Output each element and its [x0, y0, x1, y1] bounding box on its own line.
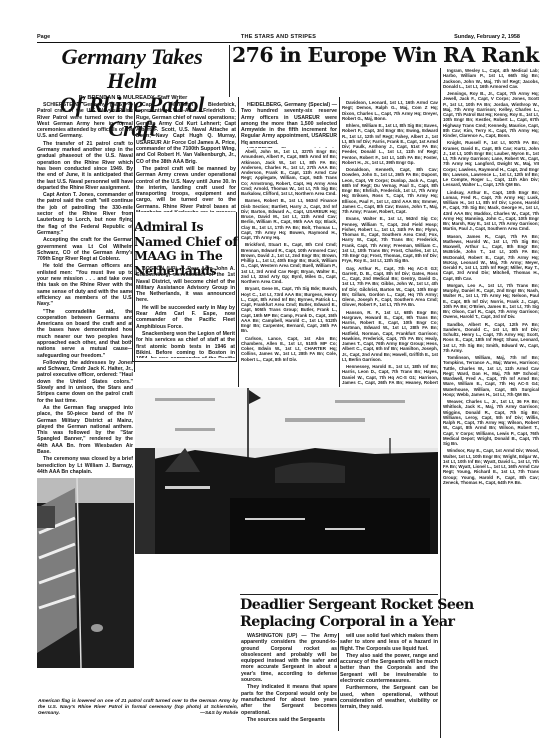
officer-list-entry: Brickford, Stuart E., Capt, 8th Cml Cmd;…	[241, 242, 337, 284]
rocket-headline: Deadlier Sergeant Rocket Seen Replacing …	[240, 597, 440, 630]
photo-credit: —S&S by Rohde	[200, 711, 238, 717]
ra-headline: 276 in Europe Win RA Rank	[232, 43, 522, 67]
article-paragraph: Accepting the craft for the German gover…	[37, 237, 133, 262]
officer-list-entry: Hennessey, Harold E., 1st Lt, 18th Inf B…	[342, 364, 438, 385]
article-paragraph: They also said the power, range and accu…	[340, 653, 438, 684]
officer-list-entry: Davidson, Leonard, 1st Lt, 16th Armd Cav…	[342, 100, 438, 121]
folio-bar: Page THE STARS AND STRIPES Sunday, Febru…	[37, 33, 520, 43]
rocket-headline-line1: Deadlier Sergeant Rocket Seen	[240, 597, 440, 614]
section-rule	[240, 594, 438, 595]
article-paragraph: They indicated it means that spare parts…	[241, 684, 337, 715]
patrol-story-column-1: SCHIERSTEIN, Germany (S&S) — Patrol craf…	[37, 102, 133, 474]
article-paragraph: He told the German officers and enlisted…	[37, 263, 133, 307]
article-paragraph: The transfer of 21 patrol craft to Germa…	[37, 141, 133, 191]
article-paragraph: The ceremony was closed by a brief bened…	[37, 456, 133, 474]
officer-list-entry: Barnes, Robert B., 1st Lt, 563rd Finance…	[241, 198, 337, 240]
patrol-story-column-2: Capt Bernhardt Biederbick, representing …	[136, 102, 236, 212]
ra-officer-list-column-3: Ingram, Wesley L., Capt, 4th Medical Lab…	[443, 68, 539, 713]
officer-list-entry: Lindsay, Arthur E., Capt, 10th Engr Bn; …	[443, 190, 539, 232]
rocket-story-column-1: WASHINGTON (UP) — The Army apparently co…	[241, 633, 337, 731]
flag-lowering-photo	[37, 478, 134, 668]
officer-list-entry: Abell, John M., 1st Lt, 327th Engr Bn; A…	[241, 149, 337, 196]
officer-list-entry: Donaldson, Kenneth, Capt, 8th Cav; Dowde…	[342, 167, 438, 214]
officer-list-entry: Evans, Walter E., 1st Lt, 563rd Sig Co; …	[342, 216, 438, 263]
photo-caption: American flag is lowered on one of 21 pa…	[38, 699, 238, 716]
article-paragraph: USAREUR officers appointed to regular st…	[241, 147, 337, 148]
column-divider	[338, 633, 339, 731]
officer-list-entry: Gay, Arthur R., Capt, 7th Hq AC-S G3; Ga…	[342, 266, 438, 308]
flag-illustration	[37, 478, 134, 668]
column-divider	[238, 97, 239, 387]
officer-list-entry: Morgan, Leo A., 1st Lt, 7th Trans Bn; Mu…	[443, 283, 539, 320]
article-paragraph: Furthermore, the Sergeant can be used, w…	[340, 685, 438, 710]
rocket-story-column-2: will use solid fuel which makes them saf…	[340, 633, 438, 731]
article-paragraph: The sources said the Sergeants	[241, 717, 337, 723]
article-paragraph: He will be succeeded early in May by Rea…	[136, 305, 235, 330]
article-paragraph: BOSTON (UP) — Rear Adm John A. Snackenbe…	[136, 266, 235, 304]
article-paragraph: HEIDELBERG, Germany (Special) — Two hund…	[241, 102, 337, 146]
officer-list-entry: Ingram, Wesley L., Capt, 4th Medical Lab…	[443, 68, 539, 89]
officer-list-entry: Bryant, Gene M., Capt, 7th Sig Bde; Bunc…	[241, 286, 337, 333]
officer-list-entry: Tomlinson, William, Maj, 7th Inf Bn; Tom…	[443, 355, 539, 397]
harbor-scene-illustration	[135, 388, 438, 554]
admiral-story-body: BOSTON (UP) — Rear Adm John A. Snackenbe…	[136, 266, 235, 358]
patrol-byline: By BRENDAN P. MULREADY, Staff Writer	[38, 95, 228, 101]
issue-date: Sunday, February 2, 1958	[454, 34, 520, 40]
officer-list-entry: Carlson, Lance, Capt, 1st Abn Bn; Chambe…	[241, 336, 337, 362]
article-paragraph: Capt Anton T. Jones, commander of the pa…	[37, 192, 133, 236]
patrol-craft-photo	[135, 388, 438, 554]
ra-story-intro: HEIDELBERG, Germany (Special) — Two hund…	[241, 102, 337, 148]
officer-list-entry: Weaver, Charles L., Jr., 1st Lt, 36 FA B…	[443, 399, 539, 446]
column-divider	[229, 45, 230, 97]
officer-list-entry: Ehlers, William E., 1st Lt, 8th Sig Bn; …	[342, 123, 438, 165]
officer-list-entry: Mason, James R., Capt, 7th FA Bn; Mathew…	[443, 234, 539, 281]
article-paragraph: WASHINGTON (UP) — The Army apparently co…	[241, 633, 337, 683]
article-paragraph: "The comradelike aid, the cooperation be…	[37, 309, 133, 359]
column-divider	[440, 68, 441, 738]
article-paragraph: Snackenberg won the Legion of Merit for …	[136, 331, 235, 358]
article-paragraph: As the German flag snapped into place, t…	[37, 405, 133, 455]
officer-list-entry: Hanson, R. F., 1st Lt, 68th Engr Bn; Har…	[342, 310, 438, 363]
article-paragraph: will use solid fuel which makes them saf…	[340, 633, 438, 652]
officer-list-entry: Knight, Russell F., 1st Lt, 507th FA Bn;…	[443, 140, 539, 187]
officer-list-entry: Jennings, Roy B., Jr., Capt, 7th Army Hq…	[443, 91, 539, 138]
officer-list-entry: Windsor, Ray E., Capt, 1st Armd Div; Woo…	[443, 448, 539, 485]
ra-officer-list-column-1: Abell, John M., 1st Lt, 327th Engr Bn; A…	[241, 149, 337, 385]
rocket-headline-line2: Replacing Corporal in a Year	[240, 614, 440, 631]
officer-list-entry: Sandbo, Albert R., Capt, 12th FA Bn; San…	[443, 322, 539, 354]
article-paragraph: The patrol craft will be manned by Germa…	[136, 166, 236, 212]
ra-officer-list-column-2: Davidson, Leonard, 1st Lt, 16th Armd Cav…	[342, 100, 438, 385]
article-paragraph: Following the addresses by Jones and Sch…	[37, 360, 133, 404]
article-paragraph: SCHIERSTEIN, Germany (S&S) — Patrol craf…	[37, 102, 133, 140]
paper-name: THE STARS AND STRIPES	[37, 34, 520, 40]
patrol-headline-line1: Germany Takes Helm	[36, 45, 228, 93]
column-divider	[339, 97, 340, 387]
article-paragraph: Capt Bernhardt Biederbick, representing …	[136, 102, 236, 165]
